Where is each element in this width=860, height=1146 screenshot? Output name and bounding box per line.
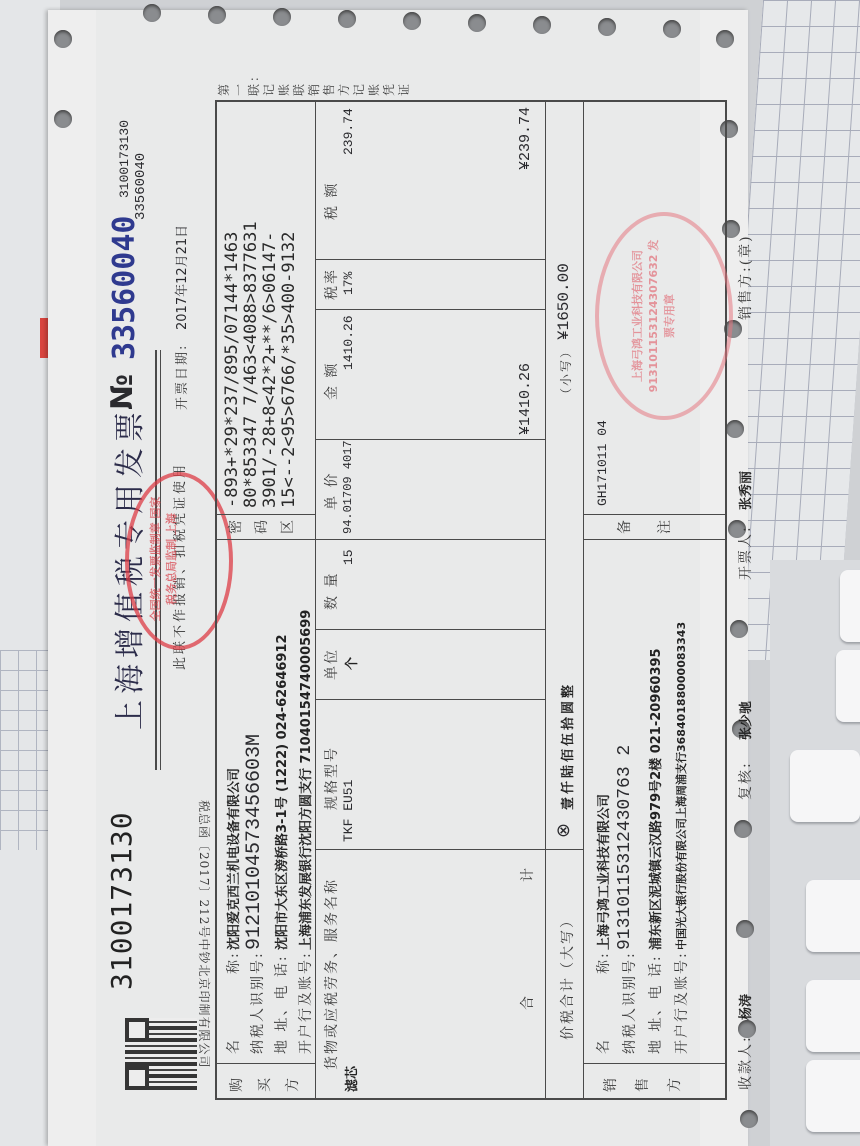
cross-circle-icon: ⊗ (553, 823, 574, 838)
printer-note: 税总函〔2017〕212号中钞北京印制有限公司 (196, 800, 213, 1068)
keyboard-key (836, 650, 860, 722)
small-invoice-code: 3100173130 (117, 120, 132, 198)
buyer-side-label: 购买方 (223, 1072, 307, 1092)
total-amount: ¥1410.26 (517, 363, 534, 435)
col-header-name: 货物或应税劳务、服务名称 (321, 878, 341, 1070)
seller-invoice-seal: 上海弓鸿工业科技有限公司 913101153124307632 发票专用章 (595, 212, 733, 420)
reviewer-name: 张少驰 (735, 701, 754, 740)
grand-total-small: ¥1650.00 (555, 263, 573, 340)
col-header-tax: 税 额 (321, 182, 341, 220)
remarks-value: GH171011 04 (595, 420, 610, 506)
buyer-tax-id: 91210104573456603M (243, 734, 266, 950)
seller-bank: 中国光大银行股份有限公司上海周浦支行36840188000083343 (673, 622, 689, 950)
cipher-label: 密码区 (223, 518, 301, 534)
keyboard-key (790, 750, 860, 822)
keyboard-key (840, 570, 860, 642)
col-header-rate: 税率 (321, 268, 341, 300)
remarks-label: 备注 (605, 518, 685, 534)
keyboard (770, 560, 860, 1146)
keyboard-key (806, 880, 860, 952)
payee-name: 杨涛 (735, 994, 754, 1020)
seller-name: 上海弓鸿工业科技有限公司 (593, 794, 612, 950)
copy-label: 第一联：记账联 销售方记账凭证 (217, 80, 412, 96)
issue-date: 2017年12月21日 (171, 225, 190, 330)
col-header-amount: 金 额 (321, 362, 341, 400)
grand-total-words: 壹仟陆佰伍拾圆整 (557, 682, 576, 810)
small-invoice-number: 33560040 (133, 153, 149, 220)
total-tax: ¥239.74 (517, 107, 534, 170)
seller-side-label: 销售方 (595, 1072, 691, 1092)
issue-date-label: 开票日期: (171, 344, 190, 410)
drawer-name: 张秀丽 (735, 471, 754, 510)
seller-address: 浦东新区泥城镇云汉路979号2楼 021-20960395 (645, 648, 664, 950)
buyer-name: 沈阳爱克西兰机电设备有限公司 (223, 768, 242, 950)
qr-code (125, 1018, 197, 1090)
invoice-number: 33560040 (107, 216, 142, 361)
keyboard-key (806, 1060, 860, 1132)
seller-tax-id: 91310115312430763 2 (615, 745, 635, 950)
total-label: 合 计 (517, 850, 537, 1010)
col-header-qty: 数 量 (321, 572, 341, 610)
grand-total-label: 价税合计（大写） (557, 912, 577, 1040)
keyboard-key (806, 980, 860, 1052)
col-header-price: 单 价 (321, 472, 341, 510)
col-header-unit: 单位 (321, 648, 341, 680)
tractor-strip-left (48, 10, 96, 1146)
cipher-area: -893+*29*237/895/07144*146380*853347 7/4… (223, 221, 299, 508)
buyer-address: 沈阳市大东区滂桥路3-1号 (1222) 024-62646912 (271, 635, 290, 951)
number-symbol: № (105, 374, 140, 410)
buyer-bank: 上海浦东发展银行沈阳方圆支行 71040154740005699 (295, 610, 314, 950)
vat-invoice: 上海增值税专用发票 此联不作报销、扣税凭证使用 3100173130 № 335… (105, 80, 745, 1100)
col-header-spec: 规格型号 (321, 746, 341, 810)
invoice-code: 3100173130 (105, 811, 138, 990)
seller-seal-label: 销售方:(章) (735, 234, 755, 320)
